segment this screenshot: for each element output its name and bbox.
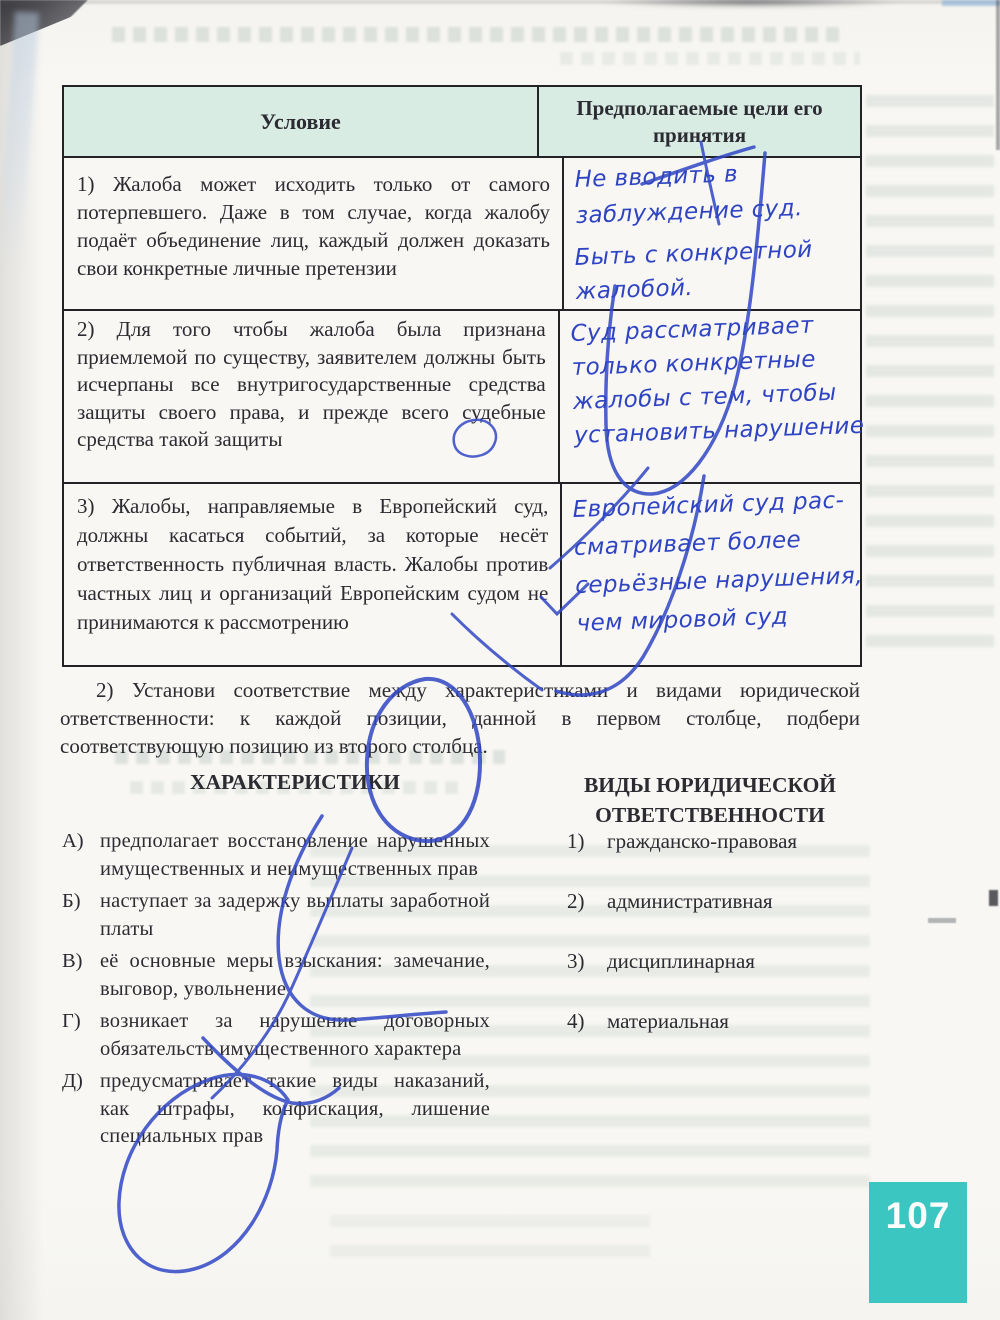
table-row: 2) Для того чтобы жалоба была признана п… (64, 311, 860, 484)
matching-row: Д) предусматривает такие виды наказаний,… (62, 1068, 872, 1151)
item-marker: 2) (567, 888, 607, 916)
item-text: её основные меры взыскания: замечание, в… (100, 948, 490, 1003)
page-number-badge: 107 (869, 1182, 967, 1303)
item-text: гражданско-правовая (607, 828, 797, 856)
bleed-through-line (560, 52, 860, 65)
table-header-condition: Условие (64, 87, 539, 156)
type-item: 2) административная (567, 888, 773, 916)
item-text: наступает за задержку выплаты заработной… (100, 888, 490, 943)
item-text: материальная (607, 1008, 729, 1036)
condition-cell: 1) Жалоба может исходить только от самог… (64, 158, 564, 309)
item-marker: 1) (567, 828, 607, 856)
item-marker: В) (62, 948, 100, 1003)
item-text: предполагает восстановление нарушенных и… (100, 828, 490, 883)
scan-artifact-blue-streak (0, 11, 39, 272)
page-number: 107 (869, 1195, 967, 1237)
characteristic-item: А) предполагает восстановление нарушенны… (62, 828, 507, 883)
matching-list: А) предполагает восстановление нарушенны… (62, 828, 872, 1156)
table-row: 3) Жалобы, направляемые в Европейский су… (64, 484, 860, 665)
item-marker: А) (62, 828, 100, 883)
bleed-through-block (866, 95, 994, 660)
handwritten-note: Суд рассматривает только конкретные жало… (570, 307, 865, 453)
scan-artifact-teal-sliver (942, 0, 1000, 6)
characteristic-item: В) её основные меры взыскания: замечание… (62, 948, 507, 1003)
characteristics-header: ХАРАКТЕРИСТИКИ (80, 770, 510, 795)
handwritten-note: Быть с конкретной жалобой. (574, 231, 862, 309)
task-instruction: 2) Установи соответствие между характери… (60, 676, 860, 760)
type-item: 3) дисциплинарная (567, 948, 755, 976)
item-marker: Д) (62, 1068, 100, 1151)
type-item: 1) гражданско-правовая (567, 828, 797, 856)
types-header: ВИДЫ ЮРИДИЧЕСКОЙ ОТВЕТСТВЕННОСТИ (552, 770, 868, 830)
answer-cell: Суд рассматривает только конкретные жало… (560, 311, 860, 482)
handwritten-note: Не вводить в заблуждение суд. (574, 152, 862, 234)
table-header-row: Условие Предполагаемые цели его принятия (64, 87, 860, 158)
conditions-table: Условие Предполагаемые цели его принятия… (62, 85, 862, 667)
characteristic-item: Г) возникает за нарушение договорных обя… (62, 1008, 507, 1063)
scan-artifact-corner (0, 0, 112, 46)
table-row: 1) Жалоба может исходить только от самог… (64, 158, 860, 311)
item-text: дисциплинарная (607, 948, 755, 976)
answer-cell: Европейский суд рас- сматривает более се… (562, 484, 860, 665)
characteristic-item: Д) предусматривает такие виды наказаний,… (62, 1068, 507, 1151)
item-marker: 3) (567, 948, 607, 976)
item-marker: 4) (567, 1008, 607, 1036)
answer-cell: Не вводить в заблуждение суд. Быть с кон… (564, 158, 860, 309)
scan-artifact-top-edge (0, 0, 1000, 4)
scan-artifact-margin-dash (928, 918, 956, 923)
scanned-workbook-page: Условие Предполагаемые цели его принятия… (0, 0, 1000, 1320)
item-text: административная (607, 888, 773, 916)
matching-row: В) её основные меры взыскания: замечание… (62, 948, 872, 1003)
handwritten-note: Европейский суд рас- сматривает более се… (572, 481, 865, 643)
bleed-through-block (330, 1215, 650, 1275)
item-marker: Б) (62, 888, 100, 943)
scan-artifact-smudge (600, 0, 900, 8)
types-header-line2: ОТВЕТСТВЕННОСТИ (552, 800, 868, 830)
scan-artifact-right-edge (996, 0, 1000, 150)
table-header-goals: Предполагаемые цели его принятия (539, 87, 860, 156)
item-text: предусматривает такие виды наказаний, ка… (100, 1068, 490, 1151)
types-header-line1: ВИДЫ ЮРИДИЧЕСКОЙ (552, 770, 868, 800)
condition-cell: 3) Жалобы, направляемые в Европейский су… (64, 484, 562, 665)
item-marker: Г) (62, 1008, 100, 1063)
item-text: возникает за нарушение договорных обязат… (100, 1008, 490, 1063)
characteristic-item: Б) наступает за задержку выплаты заработ… (62, 888, 507, 943)
bleed-through-line (112, 27, 842, 42)
scan-artifact-page-curve (0, 0, 52, 1320)
type-item: 4) материальная (567, 1008, 729, 1036)
matching-row: Б) наступает за задержку выплаты заработ… (62, 888, 872, 943)
scan-artifact-right-dash (989, 890, 998, 906)
matching-row: Г) возникает за нарушение договорных обя… (62, 1008, 872, 1063)
matching-row: А) предполагает восстановление нарушенны… (62, 828, 872, 883)
condition-cell: 2) Для того чтобы жалоба была признана п… (64, 311, 560, 482)
